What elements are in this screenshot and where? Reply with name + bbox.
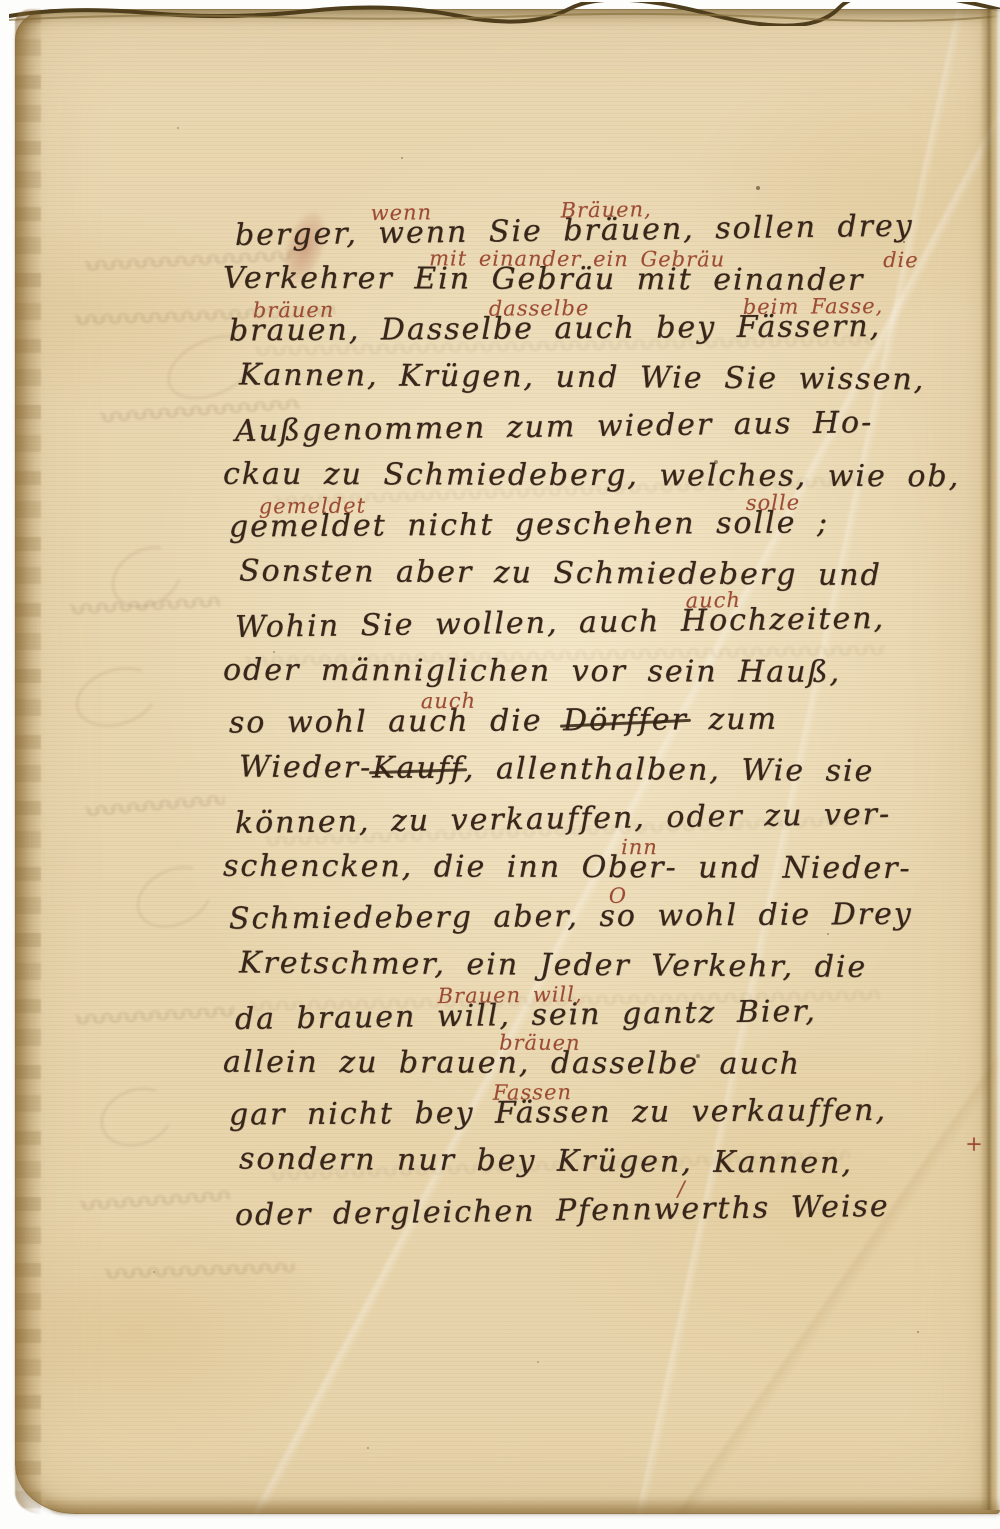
manuscript-line: gemeldet nicht geschehen solle ;gemeldet… bbox=[223, 504, 965, 558]
manuscript-line-text: Wieder-Kauff, allenthalben, Wie sie bbox=[239, 750, 875, 789]
page-top-edge bbox=[9, 2, 1000, 26]
manuscript-line-text: Schmiedeberg aber, so wohl die Drey bbox=[229, 897, 913, 937]
manuscript-line-text: schencken, die inn Ober- und Nieder- bbox=[223, 849, 912, 886]
manuscript-line: Kannen, Krügen, und Wie Sie wissen, bbox=[223, 357, 965, 411]
manuscript-line: Kretschmer, ein Jeder Verkehr, die bbox=[223, 945, 965, 999]
manuscript-line: oder dergleichen Pfennwerths Weise/ bbox=[223, 1188, 966, 1247]
manuscript-line-text: oder dergleichen Pfennwerths Weise bbox=[235, 1189, 890, 1233]
manuscript-line-text: ckau zu Schmiedeberg, welches, wie ob, bbox=[223, 457, 960, 495]
manuscript-line: Wohin Sie wollen, auch Hochzeiten,auch bbox=[223, 600, 966, 659]
red-ink-correction: solle bbox=[746, 491, 800, 515]
manuscript-line: allein zu brauen, dasselbe auchbräuen bbox=[223, 1045, 965, 1097]
manuscript-line: brauen, Dasselbe auch bey Fässern,bräuen… bbox=[223, 308, 965, 362]
page-right-edge-band bbox=[980, 9, 1000, 1510]
red-ink-correction: die bbox=[883, 248, 919, 272]
manuscript-line: gar nicht bey Fässen zu verkauffen,Fasse… bbox=[223, 1092, 965, 1146]
manuscript-line: Schmiedeberg aber, so wohl die DreyO bbox=[223, 896, 965, 950]
red-ink-correction: mit einander ein Gebräu bbox=[429, 246, 725, 271]
red-ink-correction: / bbox=[677, 1177, 685, 1201]
red-ink-correction: Bräuen, bbox=[560, 197, 651, 222]
red-ink-correction: inn bbox=[621, 835, 658, 859]
manuscript-line: Wieder-Kauff, allenthalben, Wie sie bbox=[223, 749, 965, 803]
red-ink-correction: wenn bbox=[370, 200, 432, 225]
manuscript-line: Außgenommen zum wieder aus Ho- bbox=[223, 404, 966, 463]
red-ink-correction: Brauen will, bbox=[437, 982, 582, 1008]
manuscript-line: sondern nur bey Krügen, Kannen,+ bbox=[223, 1141, 965, 1195]
manuscript-line-text: oder männiglichen vor sein Hauß, bbox=[223, 653, 841, 690]
manuscript-line-text: Außgenommen zum wieder aus Ho- bbox=[235, 405, 874, 449]
manuscript-line-text: Kannen, Krügen, und Wie Sie wissen, bbox=[239, 358, 925, 398]
manuscript-line: da brauen will, sein gantz Bier,Brauen w… bbox=[223, 992, 966, 1051]
ink-specks bbox=[15, 9, 17, 11]
manuscript-line: Sonsten aber zu Schmiedeberg und bbox=[223, 553, 965, 607]
manuscript-line: so wohl auch die Dörffer zumauch bbox=[223, 700, 965, 754]
red-ink-correction: O bbox=[609, 884, 627, 908]
manuscript-line: können, zu verkauffen, oder zu ver- bbox=[223, 796, 966, 855]
red-ink-correction: + bbox=[965, 1132, 984, 1156]
red-ink-correction: auch bbox=[685, 588, 741, 613]
manuscript-line-text: Kretschmer, ein Jeder Verkehr, die bbox=[239, 946, 867, 985]
manuscript-page: berger, wenn Sie bräuen, sollen dreywenn… bbox=[15, 9, 1000, 1514]
struck-word: Kauff bbox=[372, 750, 464, 786]
manuscript-line-text: Sonsten aber zu Schmiedeberg und bbox=[239, 554, 882, 593]
page-left-deckle-edge bbox=[15, 9, 41, 1514]
manuscript-line: schencken, die inn Ober- und Nieder-inn bbox=[223, 849, 965, 901]
scan-background: berger, wenn Sie bräuen, sollen dreywenn… bbox=[0, 0, 1000, 1529]
manuscript-line-text: sondern nur bey Krügen, Kannen, bbox=[239, 1142, 853, 1181]
text-block: berger, wenn Sie bräuen, sollen dreywenn… bbox=[223, 213, 965, 1242]
manuscript-line-text: können, zu verkauffen, oder zu ver- bbox=[235, 797, 892, 841]
struck-word: Dörffer bbox=[563, 702, 688, 738]
red-ink-correction: bräuen bbox=[499, 1031, 581, 1055]
red-ink-correction: beim Fasse, bbox=[743, 294, 884, 319]
page-bottom-edge-shadow bbox=[45, 1498, 1000, 1514]
red-ink-correction: dasselbe bbox=[489, 296, 590, 321]
red-ink-correction: gemeldet bbox=[259, 494, 366, 519]
red-ink-correction: auch bbox=[421, 689, 477, 713]
manuscript-line: oder männiglichen vor sein Hauß, bbox=[223, 653, 965, 705]
red-ink-correction: Fassen bbox=[493, 1080, 572, 1105]
manuscript-line-text: so wohl auch die Dörffer zum bbox=[229, 702, 778, 741]
manuscript-line-text: Wohin Sie wollen, auch Hochzeiten, bbox=[235, 601, 886, 645]
red-ink-correction: bräuen bbox=[253, 298, 335, 323]
